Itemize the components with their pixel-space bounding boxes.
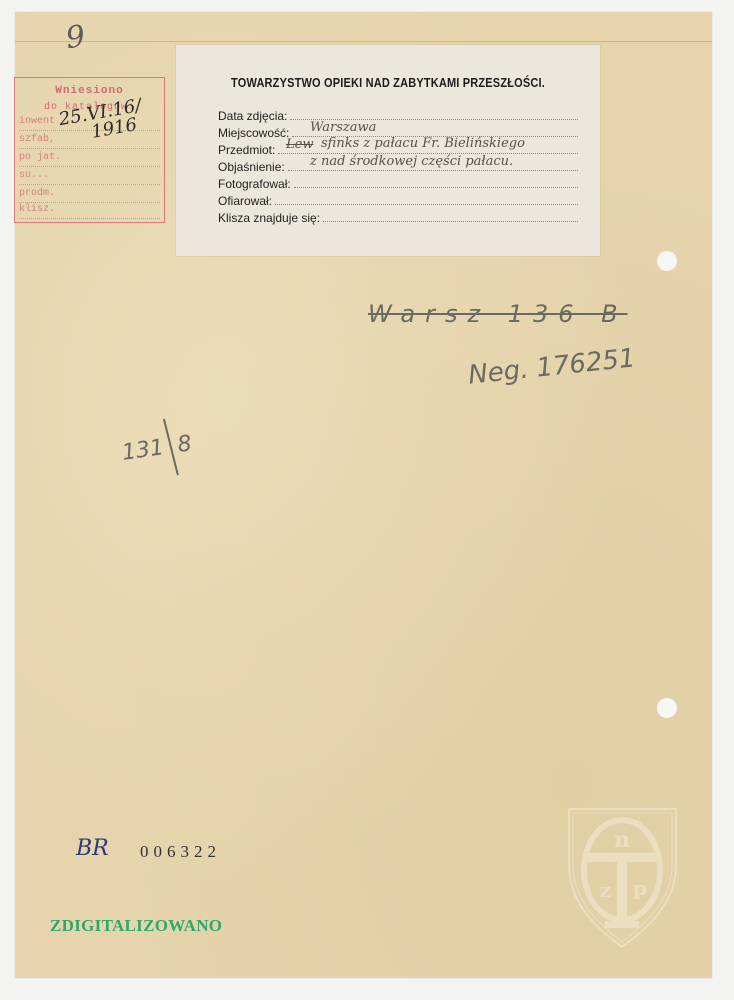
signature-number: 1318 — [118, 415, 195, 482]
catalog-number: 006322 — [140, 842, 221, 862]
field-fotografowal: Fotografował: — [218, 175, 578, 191]
handwritten-przedmiot-struck: Lew — [286, 137, 313, 152]
card-title: TOWARZYSTWO OPIEKI NAD ZABYTKAMI PRZESZŁ… — [201, 76, 574, 90]
stamp-line-label: szfab, — [19, 134, 55, 145]
field-label: Data zdjęcia: — [218, 109, 287, 123]
stamp-line: prodm. — [19, 188, 160, 203]
punch-hole — [657, 251, 677, 271]
field-klisza: Klisza znajduje się: — [218, 209, 578, 225]
stamp-title: Wniesiono — [15, 85, 164, 97]
digitized-stamp: ZDIGITALIZOWANO — [50, 916, 222, 936]
old-inventory-number: Warsz 136 B — [368, 300, 628, 328]
field-label: Fotografował: — [218, 177, 291, 191]
field-label: Objaśnienie: — [218, 160, 285, 174]
tonzp-shield-icon: n z p — [565, 805, 680, 950]
field-label: Przedmiot: — [218, 143, 275, 157]
field-ofiarowal: Ofiarował: — [218, 192, 578, 208]
fold-line — [15, 41, 712, 42]
field-label: Klisza znajduje się: — [218, 211, 320, 225]
dotted-line — [288, 169, 578, 171]
punch-hole — [657, 698, 677, 718]
dotted-line — [294, 186, 578, 188]
handwritten-przedmiot: sfinks z pałacu Fr. Bielińskiego — [321, 136, 525, 151]
slash-mark — [163, 419, 179, 476]
svg-text:n: n — [614, 827, 630, 853]
svg-text:z: z — [599, 878, 610, 902]
catalog-stamp: Wniesiono do katalogów: inwent szfab, po… — [14, 77, 165, 223]
handwritten-objasnienie: z nad środkowej części pałacu. — [310, 154, 513, 169]
stamp-line-label: klisz. — [19, 204, 55, 215]
record-card: TOWARZYSTWO OPIEKI NAD ZABYTKAMI PRZESZŁ… — [176, 45, 600, 256]
stamp-line: klisz. — [19, 204, 160, 219]
svg-text:p: p — [633, 876, 647, 900]
field-data-zdjecia: Data zdjęcia: — [218, 107, 578, 123]
stamp-line-label: po jat. — [19, 152, 61, 163]
dotted-line — [323, 220, 578, 222]
stamp-line-label: inwent — [19, 116, 55, 127]
field-label: Ofiarował: — [218, 194, 272, 208]
dotted-line — [275, 203, 578, 205]
field-label: Miejscowość: — [218, 126, 289, 140]
stamp-line-label: su... — [19, 170, 49, 181]
br-mark: BR — [76, 836, 109, 861]
stamp-line: po jat. — [19, 152, 160, 167]
stamp-line: su... — [19, 170, 160, 185]
handwritten-miejscowosc: Warszawa — [310, 120, 376, 135]
signature-main: 131 — [121, 435, 166, 466]
stamp-line-label: prodm. — [19, 188, 55, 199]
